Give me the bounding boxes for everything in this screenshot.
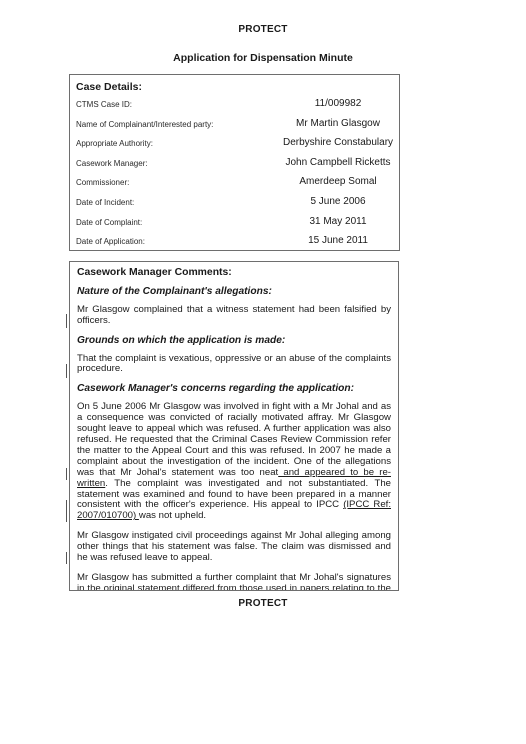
detail-label: Date of Complaint: [76, 218, 142, 227]
detail-row-authority: Appropriate Authority: Derbyshire Consta… [70, 134, 399, 154]
change-bar [66, 314, 67, 328]
detail-value: 5 June 2006 [260, 196, 416, 207]
concerns-text: was not upheld. [139, 510, 206, 521]
detail-row-casework-manager: Casework Manager: John Campbell Ricketts [70, 154, 399, 174]
grounds-text: That the complaint is vexatious, oppress… [77, 354, 391, 376]
detail-label: Commissioner: [76, 178, 129, 187]
comments-heading: Casework Manager Comments: [77, 268, 391, 279]
protective-marking-header: PROTECT [0, 24, 526, 35]
concerns-heading: Casework Manager's concerns regarding th… [77, 384, 391, 395]
change-bar [66, 468, 67, 480]
detail-row-date-complaint: Date of Complaint: 31 May 2011 [70, 213, 399, 233]
concerns-paragraph-1: On 5 June 2006 Mr Glasgow was involved i… [77, 402, 391, 522]
detail-row-commissioner: Commissioner: Amerdeep Somal [70, 173, 399, 193]
detail-value: Amerdeep Somal [260, 176, 416, 187]
detail-value: 31 May 2011 [260, 216, 416, 227]
change-bar [66, 552, 67, 564]
case-details-box: Case Details: CTMS Case ID: 11/009982 Na… [69, 74, 400, 251]
detail-label: Casework Manager: [76, 159, 148, 168]
grounds-heading: Grounds on which the application is made… [77, 336, 391, 347]
detail-label: Appropriate Authority: [76, 139, 153, 148]
nature-heading: Nature of the Complainant's allegations: [77, 287, 391, 298]
detail-row-date-application: Date of Application: 15 June 2011 [70, 232, 399, 252]
detail-value: 11/009982 [260, 98, 416, 109]
change-bar [66, 364, 67, 378]
detail-row-complainant: Name of Complainant/Interested party: Mr… [70, 115, 399, 135]
casework-comments-box: Casework Manager Comments: Nature of the… [69, 261, 399, 591]
case-details-heading: Case Details: [70, 75, 399, 95]
detail-row-date-incident: Date of Incident: 5 June 2006 [70, 193, 399, 213]
nature-text: Mr Glasgow complained that a witness sta… [77, 305, 391, 327]
change-bar [66, 500, 67, 522]
detail-value: Derbyshire Constabulary [260, 137, 416, 148]
detail-value: John Campbell Ricketts [260, 157, 416, 168]
detail-label: Date of Incident: [76, 198, 134, 207]
detail-label: Name of Complainant/Interested party: [76, 120, 213, 129]
detail-value: 15 June 2011 [260, 235, 416, 246]
concerns-paragraph-3: Mr Glasgow has submitted a further compl… [77, 573, 391, 591]
document-title: Application for Dispensation Minute [0, 52, 526, 64]
detail-label: CTMS Case ID: [76, 100, 132, 109]
protective-marking-footer: PROTECT [0, 598, 526, 609]
detail-row-case-id: CTMS Case ID: 11/009982 [70, 95, 399, 115]
detail-label: Date of Application: [76, 237, 145, 246]
detail-value: Mr Martin Glasgow [260, 118, 416, 129]
concerns-paragraph-2: Mr Glasgow instigated civil proceedings … [77, 531, 391, 564]
